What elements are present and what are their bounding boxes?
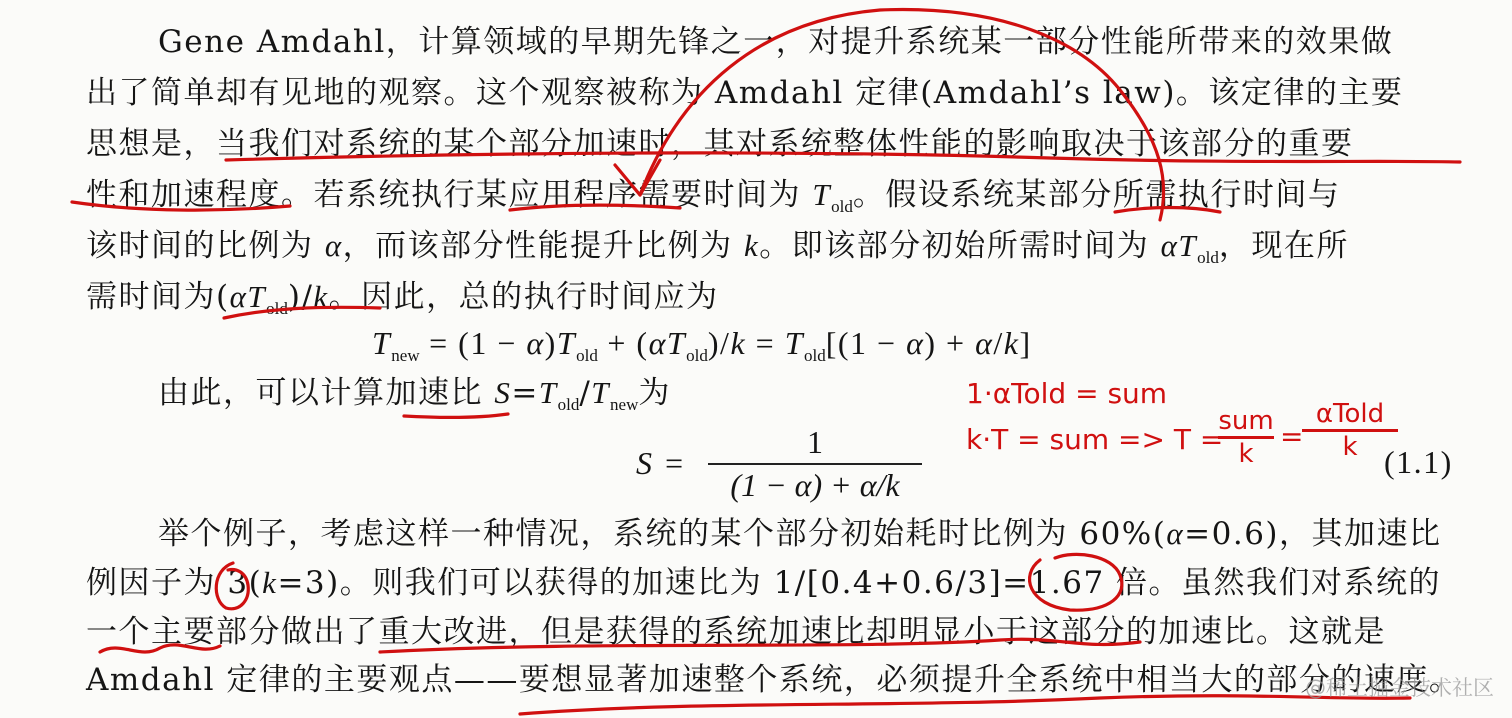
text: = [511, 375, 538, 411]
text: 为 [638, 375, 671, 411]
math-var: k [730, 325, 746, 361]
paragraph1-line1: Gene Amdahl，计算领域的早期先锋之一，对提升系统某一部分性能所带来的效… [158, 22, 1393, 62]
text: 需时间为( [86, 279, 230, 315]
math-sub: new [610, 395, 638, 414]
math-sub: old [266, 299, 288, 318]
text: = (1 − [420, 325, 527, 361]
text: ] [1019, 325, 1031, 361]
math-var: T [557, 325, 576, 361]
math-var: T [812, 177, 831, 212]
text: )/ [708, 325, 731, 361]
paragraph2-line1: 举个例子，考虑这样一种情况，系统的某个部分初始耗时比例为 60%(α=0.6)，… [158, 514, 1442, 554]
text: Amdahl 定律的主要观点——要想显著加速整个系统，必须提升全系统中相当大的部… [86, 662, 1461, 698]
math-var: α [1166, 516, 1184, 551]
handwritten-note-line1: 1·αTold = sum [966, 377, 1167, 410]
math-sub: old [804, 346, 826, 365]
text: 由此，可以计算加速比 [158, 375, 494, 411]
fraction-denominator: (1 − α) + α/k [708, 465, 922, 504]
math-var: k [313, 279, 328, 314]
text: = [746, 325, 785, 361]
text: =3)。则我们可以获得的加速比为 1/[0.4+0.6/3]=1.67 倍。虽然… [277, 565, 1441, 601]
text: ，现在所 [1219, 228, 1349, 264]
text: / [993, 325, 1003, 361]
text: 例因子为 3( [86, 565, 262, 601]
paragraph1-line6: 需时间为(αTold)/k。因此，总的执行时间应为 [86, 277, 719, 329]
text: [(1 − [826, 325, 906, 361]
text: / [579, 375, 591, 411]
math-var: αT [230, 279, 267, 314]
text: 。因此，总的执行时间应为 [329, 279, 719, 315]
text: 。即该部分初始所需时间为 [759, 228, 1160, 264]
text: 一个主要部分做出了重大改进，但是获得的系统加速比却明显小于这部分的加速比。这就是 [86, 614, 1386, 650]
text: 出了简单却有见地的观察。这个观察被称为 Amdahl 定律(Amdahl’s l… [86, 75, 1403, 111]
math-var: S = [636, 445, 686, 481]
fraction-denominator: k [1238, 439, 1253, 469]
text: =0.6)，其加速比 [1184, 516, 1441, 552]
math-var: α [906, 325, 924, 361]
speedup-equation-lhs: S = [636, 443, 686, 483]
fraction-denominator: k [1342, 432, 1357, 462]
math-var: T [591, 375, 610, 410]
math-sub: old [576, 346, 598, 365]
text: )/ [288, 279, 314, 315]
math-var: α [975, 325, 993, 361]
text: ) + [924, 325, 975, 361]
equation-tnew: Tnew = (1 − α)Told + (αTold)/k = Told[(1… [372, 323, 1032, 376]
math-sub: old [558, 395, 580, 414]
math-sub: old [831, 197, 853, 216]
math-var: k [262, 565, 277, 600]
text: ，而该部分性能提升比例为 [343, 228, 744, 264]
math-var: αT [1161, 228, 1198, 263]
text: 思想是，当我们对系统的某个部分加速时，其对系统整体性能的影响取决于该部分的重要 [86, 126, 1354, 162]
math-sub: old [686, 346, 708, 365]
fraction-numerator: αTold [1316, 399, 1384, 429]
fraction-numerator: 1 [708, 424, 922, 463]
math-sub: new [391, 346, 419, 365]
math-var: αT [649, 325, 687, 361]
paragraph1-line3: 思想是，当我们对系统的某个部分加速时，其对系统整体性能的影响取决于该部分的重要 [86, 124, 1354, 164]
text: + ( [598, 325, 649, 361]
handwritten-fraction-1: sum k [1218, 407, 1274, 468]
speedup-intro: 由此，可以计算加速比 S=Told/Tnew为 [158, 373, 671, 425]
text: 举个例子，考虑这样一种情况，系统的某个部分初始耗时比例为 60%( [158, 516, 1166, 552]
text: 。假设系统某部分所需执行时间与 [853, 177, 1341, 213]
text: 该时间的比例为 [86, 228, 325, 264]
text: ) [545, 325, 557, 361]
paragraph2-line3: 一个主要部分做出了重大改进，但是获得的系统加速比却明显小于这部分的加速比。这就是 [86, 612, 1386, 652]
handwritten-equals: = [1280, 420, 1303, 453]
math-var: α [325, 228, 343, 263]
math-sub: old [1197, 248, 1219, 267]
math-var: α [526, 325, 544, 361]
speedup-fraction: 1 (1 − α) + α/k [708, 424, 922, 504]
paragraph2-line4: Amdahl 定律的主要观点——要想显著加速整个系统，必须提升全系统中相当大的部… [86, 660, 1461, 700]
watermark: @稀土掘金技术社区 [1305, 672, 1494, 702]
math-var: k [744, 228, 759, 263]
handwritten-note-line2: k·T = sum => T = [966, 423, 1223, 456]
math-var: T [785, 325, 804, 361]
handwritten-fraction-2: αTold k [1302, 400, 1398, 461]
math-var: k [1004, 325, 1020, 361]
text: 性和加速程度。若系统执行某应用程序需要时间为 [86, 177, 812, 213]
fraction-numerator: sum [1218, 406, 1273, 436]
math-var: S [494, 375, 511, 410]
text: Gene Amdahl，计算领域的早期先锋之一，对提升系统某一部分性能所带来的效… [158, 24, 1393, 60]
paragraph1-line4: 性和加速程度。若系统执行某应用程序需要时间为 Told。假设系统某部分所需执行时… [86, 175, 1340, 227]
math-var: T [372, 325, 391, 361]
math-var: T [539, 375, 558, 410]
paragraph1-line5: 该时间的比例为 α，而该部分性能提升比例为 k。即该部分初始所需时间为 αTol… [86, 226, 1349, 278]
paragraph1-line2: 出了简单却有见地的观察。这个观察被称为 Amdahl 定律(Amdahl’s l… [86, 73, 1403, 113]
paragraph2-line2: 例因子为 3(k=3)。则我们可以获得的加速比为 1/[0.4+0.6/3]=1… [86, 563, 1441, 603]
